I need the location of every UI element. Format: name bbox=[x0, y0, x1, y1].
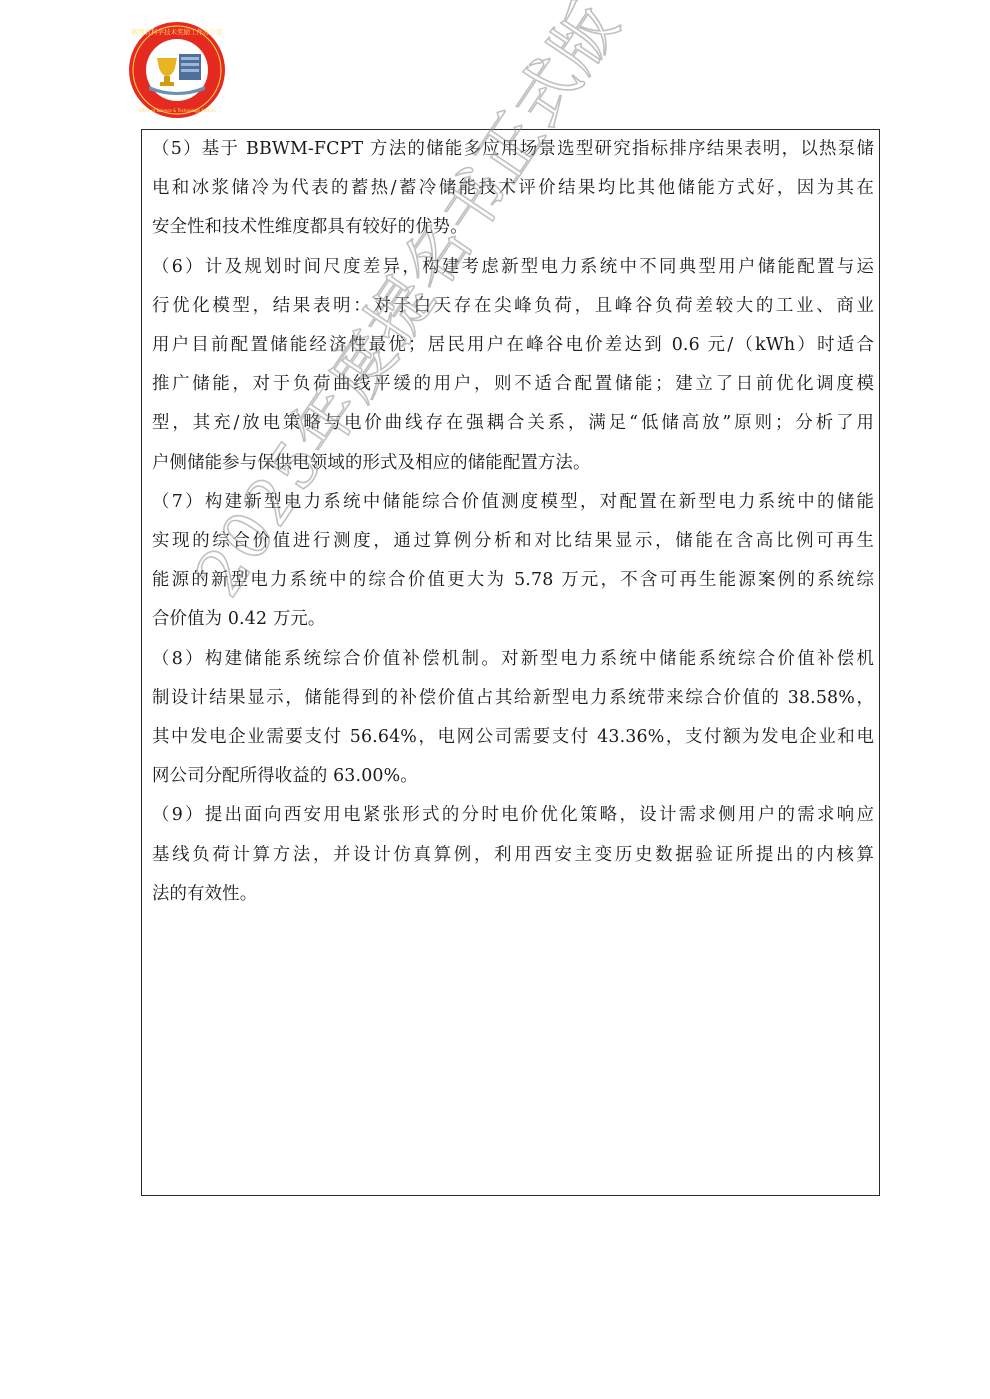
paragraph-line: （6）计及规划时间尺度差异，构建考虑新型电力系统中不同典型用户储能配置与运 bbox=[152, 248, 874, 287]
paragraph-7: （7）构建新型电力系统中储能综合价值测度模型，对配置在新型电力系统中的储能 实现… bbox=[152, 483, 874, 640]
paragraph-line: 安全性和技术性维度都具有较好的优势。 bbox=[152, 208, 874, 247]
paragraph-line: 实现的综合价值进行测度，通过算例分析和对比结果显示，储能在含高比例可再生 bbox=[152, 522, 874, 561]
paragraph-line: 行优化模型，结果表明：对于白天存在尖峰负荷，且峰谷负荷差较大的工业、商业 bbox=[152, 287, 874, 326]
paragraph-5: （5）基于 BBWM-FCPT 方法的储能多应用场景选型研究指标排序结果表明，以… bbox=[152, 130, 874, 248]
paragraph-line: 基线负荷计算方法，并设计仿真算例，利用西安主变历史数据验证所提出的内核算 bbox=[152, 836, 874, 875]
paragraph-line: 制设计结果显示，储能得到的补偿价值占其给新型电力系统带来综合价值的 38.58%… bbox=[152, 679, 874, 718]
paragraph-line: 网公司分配所得收益的 63.00%。 bbox=[152, 757, 874, 796]
paragraph-8: （8）构建储能系统综合价值补偿机制。对新型电力系统中储能系统综合价值补偿机 制设… bbox=[152, 640, 874, 797]
paragraph-9: （9）提出面向西安用电紧张形式的分时电价优化策略，设计需求侧用户的需求响应 基线… bbox=[152, 796, 874, 914]
paragraph-line: 能源的新型电力系统中的综合价值更大为 5.78 万元，不含可再生能源案例的系统综 bbox=[152, 561, 874, 600]
paragraph-line: 户侧储能参与保供电领域的形式及相应的储能配置方法。 bbox=[152, 444, 874, 483]
paragraph-line: 其中发电企业需要支付 56.64%，电网公司需要支付 43.36%，支付额为发电… bbox=[152, 718, 874, 757]
paragraph-6: （6）计及规划时间尺度差异，构建考虑新型电力系统中不同典型用户储能配置与运 行优… bbox=[152, 248, 874, 483]
paragraph-line: 法的有效性。 bbox=[152, 875, 874, 914]
paragraph-line: 型，其充/放电策略与电价曲线存在强耦合关系，满足“低储高放”原则；分析了用 bbox=[152, 404, 874, 443]
paragraph-line: 电和冰浆储冷为代表的蓄热/蓄冷储能技术评价结果均比其他储能方式好，因为其在 bbox=[152, 169, 874, 208]
svg-text:Office of Science & Technology: Office of Science & Technology Awards bbox=[138, 108, 215, 113]
content-box: （5）基于 BBWM-FCPT 方法的储能多应用场景选型研究指标排序结果表明，以… bbox=[141, 129, 880, 1196]
seal-icon: 陕西省科学技术奖励工作办公室 Office of Science & Techn… bbox=[127, 20, 227, 120]
paragraph-line: （5）基于 BBWM-FCPT 方法的储能多应用场景选型研究指标排序结果表明，以… bbox=[152, 130, 874, 169]
paragraph-line: 推广储能，对于负荷曲线平缓的用户，则不适合配置储能；建立了日前优化调度模 bbox=[152, 365, 874, 404]
paragraph-line: （8）构建储能系统综合价值补偿机制。对新型电力系统中储能系统综合价值补偿机 bbox=[152, 640, 874, 679]
paragraph-line: （7）构建新型电力系统中储能综合价值测度模型，对配置在新型电力系统中的储能 bbox=[152, 483, 874, 522]
paragraph-line: （9）提出面向西安用电紧张形式的分时电价优化策略，设计需求侧用户的需求响应 bbox=[152, 796, 874, 835]
svg-text:陕西省科学技术奖励工作办公室: 陕西省科学技术奖励工作办公室 bbox=[132, 27, 224, 36]
paragraph-line: 用户目前配置储能经济性最优；居民用户在峰谷电价差达到 0.6 元/（kWh）时适… bbox=[152, 326, 874, 365]
text-area: （5）基于 BBWM-FCPT 方法的储能多应用场景选型研究指标排序结果表明，以… bbox=[152, 130, 874, 914]
organization-seal-logo: 陕西省科学技术奖励工作办公室 Office of Science & Techn… bbox=[127, 20, 227, 120]
paragraph-line: 合价值为 0.42 万元。 bbox=[152, 600, 874, 639]
